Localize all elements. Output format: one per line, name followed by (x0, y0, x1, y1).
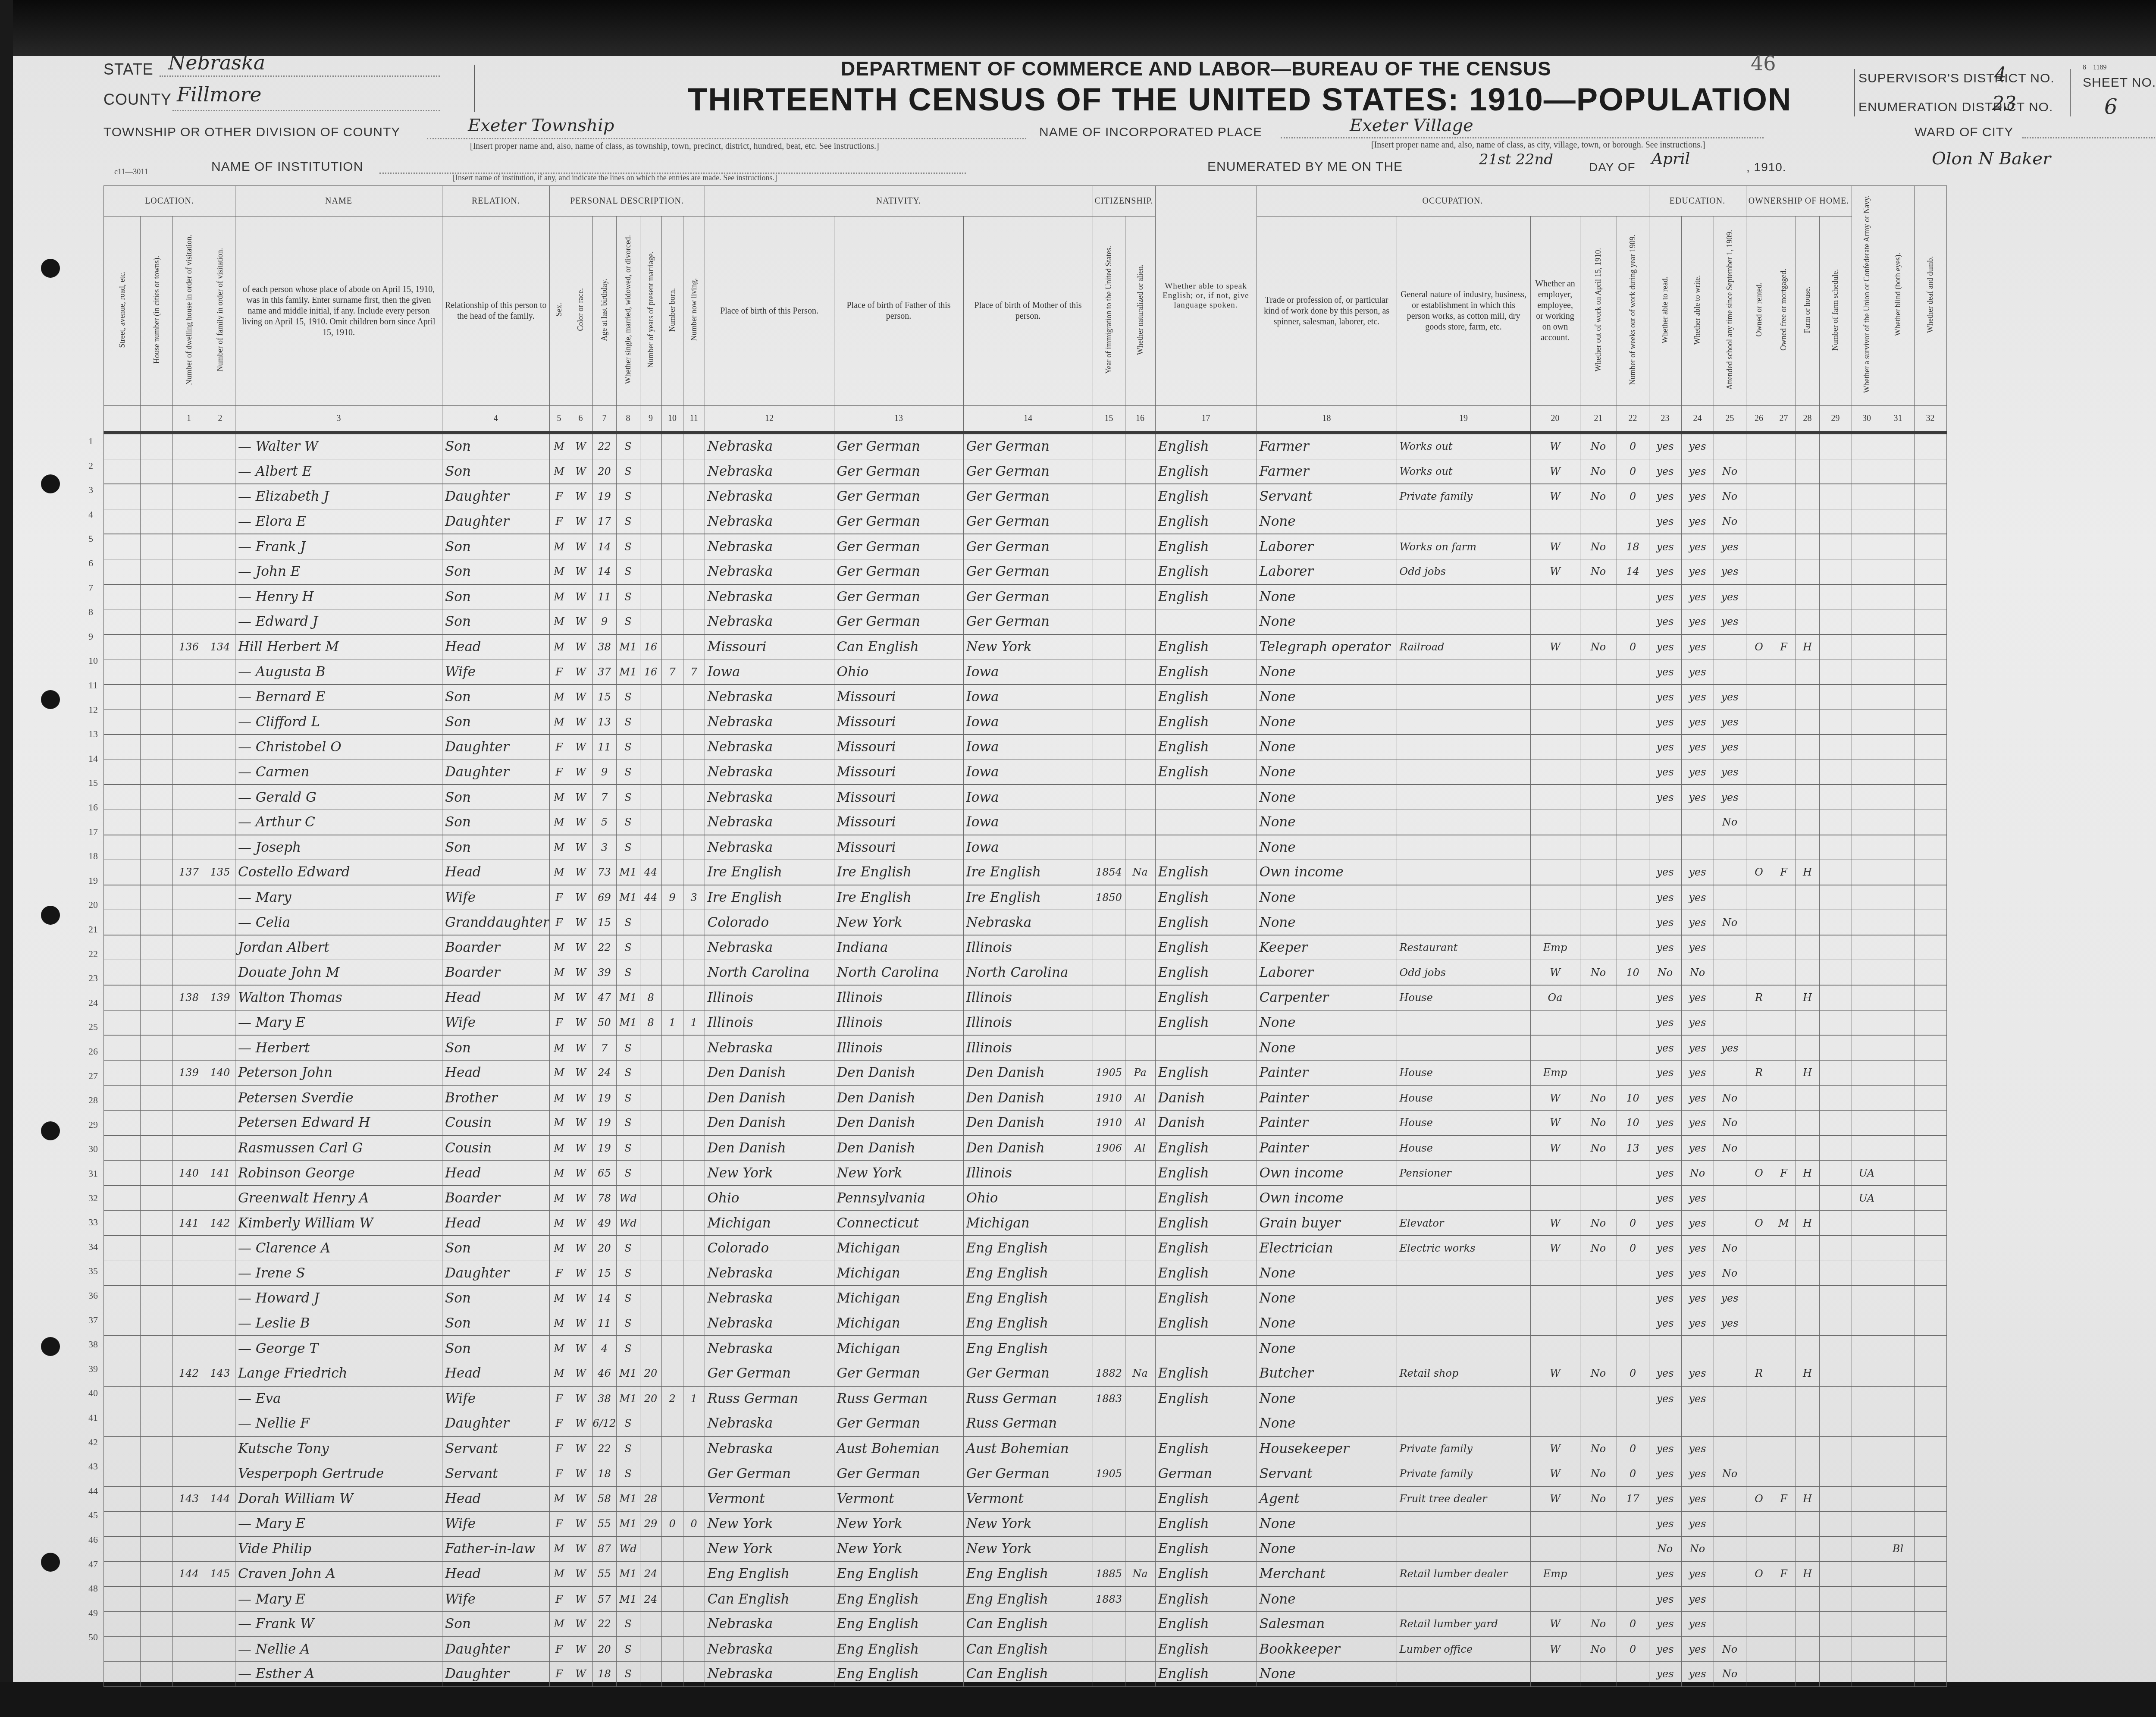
industry (1397, 659, 1530, 684)
years-married (640, 684, 661, 709)
dwelling-number (173, 810, 205, 835)
industry: Elevator (1397, 1211, 1530, 1236)
house-number-cell (141, 1662, 173, 1687)
children-living (683, 1336, 705, 1361)
weeks-out (1617, 1411, 1649, 1436)
immigration-year (1093, 810, 1125, 835)
family-number (205, 559, 235, 584)
trade: None (1257, 910, 1397, 935)
relation: Servant (442, 1461, 550, 1486)
employer-status (1530, 1286, 1580, 1311)
immigration-year (1093, 1511, 1125, 1536)
can-read: yes (1649, 459, 1681, 484)
naturalization (1125, 935, 1155, 960)
can-read: yes (1649, 584, 1681, 609)
marital-status: M1 (616, 1586, 640, 1611)
school: No (1714, 1261, 1746, 1286)
race: W (569, 810, 592, 835)
immigration-year (1093, 1311, 1125, 1336)
street-cell (104, 985, 141, 1010)
dwelling-number (173, 1010, 205, 1035)
table-row: — Bernard E Son M W 15 S Nebraska Missou… (104, 684, 1947, 709)
sex: F (549, 484, 569, 509)
can-write: yes (1681, 1511, 1714, 1536)
relation: Son (442, 810, 550, 835)
marital-status: S (616, 935, 640, 960)
birthplace-mother: Iowa (963, 760, 1093, 785)
weeks-out (1617, 1386, 1649, 1411)
language: English (1155, 1662, 1257, 1687)
age: 9 (592, 760, 616, 785)
relation: Son (442, 433, 550, 459)
farm-house: H (1796, 1161, 1819, 1186)
family-number (205, 910, 235, 935)
person-name: — Clifford L (235, 709, 442, 735)
colnum: 8 (616, 406, 640, 433)
veteran (1852, 910, 1882, 935)
can-write: No (1681, 1536, 1714, 1561)
table-row: — Gerald G Son M W 7 S Nebraska Missouri… (104, 785, 1947, 810)
blind (1882, 735, 1914, 760)
owned-rented (1746, 659, 1772, 684)
immigration-year (1093, 985, 1125, 1010)
deaf-dumb (1914, 1336, 1946, 1361)
owned-rented (1746, 459, 1772, 484)
birthplace-person: Michigan (705, 1211, 834, 1236)
relation: Daughter (442, 509, 550, 534)
veteran (1852, 1536, 1882, 1561)
col-owned-rented: Owned or rented. (1746, 217, 1772, 406)
family-number (205, 1111, 235, 1136)
street-cell (104, 1637, 141, 1662)
owned-rented (1746, 1085, 1772, 1110)
immigration-year (1093, 1286, 1125, 1311)
blind (1882, 810, 1914, 835)
years-married (640, 534, 661, 559)
out-of-work (1580, 1511, 1617, 1536)
birthplace-father: Ire English (834, 885, 963, 910)
table-row: Petersen Edward H Cousin M W 19 S Den Da… (104, 1111, 1947, 1136)
house-number-cell (141, 1611, 173, 1636)
blind (1882, 1161, 1914, 1186)
supervisor-value: 4 (1994, 64, 2006, 86)
person-name: — Nellie F (235, 1411, 442, 1436)
farm-house (1796, 509, 1819, 534)
weeks-out (1617, 935, 1649, 960)
children-born (661, 1486, 683, 1511)
can-write: yes (1681, 1111, 1714, 1136)
marital-status: S (616, 1111, 640, 1136)
children-born (661, 1637, 683, 1662)
veteran (1852, 709, 1882, 735)
person-name: Greenwalt Henry A (235, 1186, 442, 1211)
veteran (1852, 835, 1882, 860)
veteran (1852, 1662, 1882, 1687)
sex: M (549, 584, 569, 609)
relation: Wife (442, 1586, 550, 1611)
house-number-cell (141, 960, 173, 985)
immigration-year: 1910 (1093, 1111, 1125, 1136)
deaf-dumb (1914, 1186, 1946, 1211)
table-row: — Herbert Son M W 7 S Nebraska Illinois … (104, 1035, 1947, 1060)
birthplace-person: Nebraska (705, 1662, 834, 1687)
language (1155, 810, 1257, 835)
birthplace-mother: Den Danish (963, 1111, 1093, 1136)
free-mortgaged (1772, 1662, 1796, 1687)
can-read: yes (1649, 1386, 1681, 1411)
farm-house (1796, 459, 1819, 484)
table-row: — Elora E Daughter F W 17 S Nebraska Ger… (104, 509, 1947, 534)
birthplace-father: Eng English (834, 1586, 963, 1611)
street-cell (104, 1486, 141, 1511)
veteran (1852, 1336, 1882, 1361)
street-cell (104, 1010, 141, 1035)
person-name: Douate John M (235, 960, 442, 985)
age: 38 (592, 1386, 616, 1411)
weeks-out (1617, 1010, 1649, 1035)
col-house: House number (in cities or towns). (141, 217, 173, 406)
children-born (661, 559, 683, 584)
relation: Cousin (442, 1136, 550, 1161)
person-name: Vesperpoph Gertrude (235, 1461, 442, 1486)
school: No (1714, 1085, 1746, 1110)
can-write: yes (1681, 735, 1714, 760)
industry (1397, 1010, 1530, 1035)
immigration-year (1093, 1536, 1125, 1561)
employer-status (1530, 860, 1580, 885)
weeks-out: 13 (1617, 1136, 1649, 1161)
employer-status: W (1530, 559, 1580, 584)
can-write: yes (1681, 1186, 1714, 1211)
employer-status (1530, 1511, 1580, 1536)
table-row: Douate John M Boarder M W 39 S North Car… (104, 960, 1947, 985)
can-write: yes (1681, 1386, 1714, 1411)
naturalization (1125, 1461, 1155, 1486)
family-number (205, 760, 235, 785)
veteran (1852, 960, 1882, 985)
group-location: LOCATION. (104, 186, 235, 217)
person-name: — Irene S (235, 1261, 442, 1286)
table-row: Jordan Albert Boarder M W 22 S Nebraska … (104, 935, 1947, 960)
age: 38 (592, 634, 616, 659)
veteran (1852, 459, 1882, 484)
school (1714, 1386, 1746, 1411)
children-living (683, 760, 705, 785)
free-mortgaged (1772, 785, 1796, 810)
colnum: 9 (640, 406, 661, 433)
dwelling-number (173, 559, 205, 584)
line-number-left: 47 (88, 1559, 98, 1570)
owned-rented (1746, 1311, 1772, 1336)
deaf-dumb (1914, 1035, 1946, 1060)
veteran (1852, 1010, 1882, 1035)
years-married (640, 1111, 661, 1136)
farm-house: H (1796, 1060, 1819, 1085)
owned-rented (1746, 760, 1772, 785)
person-name: — John E (235, 559, 442, 584)
trade: None (1257, 609, 1397, 634)
can-read: yes (1649, 1436, 1681, 1461)
years-married (640, 1536, 661, 1561)
immigration-year (1093, 1236, 1125, 1261)
language: English (1155, 1261, 1257, 1286)
naturalization (1125, 609, 1155, 634)
family-number (205, 1236, 235, 1261)
birthplace-father: Connecticut (834, 1211, 963, 1236)
birthplace-father: Den Danish (834, 1060, 963, 1085)
naturalization (1125, 1336, 1155, 1361)
school (1714, 1211, 1746, 1236)
birthplace-person: Nebraska (705, 1336, 834, 1361)
owned-rented (1746, 1186, 1772, 1211)
school (1714, 1411, 1746, 1436)
marital-status: S (616, 785, 640, 810)
can-read: yes (1649, 860, 1681, 885)
blind (1882, 860, 1914, 885)
naturalization (1125, 1536, 1155, 1561)
out-of-work (1580, 1311, 1617, 1336)
street-cell (104, 1336, 141, 1361)
weeks-out: 0 (1617, 634, 1649, 659)
veteran (1852, 1637, 1882, 1662)
sex: M (549, 1361, 569, 1386)
children-living: 1 (683, 1010, 705, 1035)
language (1155, 609, 1257, 634)
colnum (141, 406, 173, 433)
farm-schedule (1819, 860, 1852, 885)
age: 73 (592, 860, 616, 885)
dwelling-number (173, 484, 205, 509)
race: W (569, 1536, 592, 1561)
farm-schedule (1819, 935, 1852, 960)
dwelling-number: 143 (173, 1486, 205, 1511)
deaf-dumb (1914, 1261, 1946, 1286)
family-number: 141 (205, 1161, 235, 1186)
age: 6/12 (592, 1411, 616, 1436)
street-cell (104, 1161, 141, 1186)
line-number-left: 10 (88, 655, 98, 666)
relation: Son (442, 459, 550, 484)
street-cell (104, 509, 141, 534)
out-of-work (1580, 835, 1617, 860)
years-married (640, 1136, 661, 1161)
house-number-cell (141, 1236, 173, 1261)
can-read: yes (1649, 433, 1681, 459)
children-living (683, 1136, 705, 1161)
can-read: yes (1649, 760, 1681, 785)
children-born (661, 634, 683, 659)
col-name: of each person whose place of abode on A… (235, 217, 442, 406)
dwelling-number (173, 509, 205, 534)
employer-status (1530, 684, 1580, 709)
immigration-year: 1905 (1093, 1461, 1125, 1486)
weeks-out (1617, 1186, 1649, 1211)
sex: M (549, 1486, 569, 1511)
language: English (1155, 1611, 1257, 1636)
line-number-left: 50 (88, 1632, 98, 1643)
weeks-out: 10 (1617, 960, 1649, 985)
industry: Restaurant (1397, 935, 1530, 960)
immigration-year (1093, 960, 1125, 985)
group-relation: RELATION. (442, 186, 550, 217)
birthplace-person: Nebraska (705, 709, 834, 735)
farm-schedule (1819, 634, 1852, 659)
veteran (1852, 1236, 1882, 1261)
blind (1882, 1111, 1914, 1136)
house-number-cell (141, 1361, 173, 1386)
county-value: Fillmore (177, 83, 262, 106)
line-number-left: 29 (88, 1119, 98, 1130)
farm-schedule (1819, 609, 1852, 634)
naturalization (1125, 509, 1155, 534)
farm-house: H (1796, 860, 1819, 885)
blind (1882, 1637, 1914, 1662)
house-number-cell (141, 935, 173, 960)
can-read: yes (1649, 1586, 1681, 1611)
birthplace-father: Michigan (834, 1336, 963, 1361)
colnum: 25 (1714, 406, 1746, 433)
years-married: 16 (640, 659, 661, 684)
years-married: 24 (640, 1586, 661, 1611)
veteran (1852, 1461, 1882, 1486)
marital-status: S (616, 1611, 640, 1636)
county-label: County (103, 91, 172, 109)
house-number-cell (141, 1436, 173, 1461)
house-number-cell (141, 659, 173, 684)
family-number: 140 (205, 1060, 235, 1085)
can-write: yes (1681, 1311, 1714, 1336)
birthplace-person: Den Danish (705, 1111, 834, 1136)
out-of-work (1580, 609, 1617, 634)
person-name: Petersen Sverdie (235, 1085, 442, 1110)
out-of-work (1580, 709, 1617, 735)
children-born: 7 (661, 659, 683, 684)
dwelling-number: 142 (173, 1361, 205, 1386)
farm-house (1796, 1186, 1819, 1211)
years-married (640, 1336, 661, 1361)
birthplace-person: Eng English (705, 1561, 834, 1586)
marital-status: S (616, 1161, 640, 1186)
farm-house (1796, 684, 1819, 709)
school (1714, 659, 1746, 684)
industry (1397, 1035, 1530, 1060)
weeks-out: 0 (1617, 1236, 1649, 1261)
weeks-out (1617, 1060, 1649, 1085)
years-married (640, 1286, 661, 1311)
employer-status: W (1530, 1136, 1580, 1161)
sex: M (549, 1561, 569, 1586)
immigration-year (1093, 1486, 1125, 1511)
trade: Servant (1257, 484, 1397, 509)
table-row: 138 139 Walton Thomas Head M W 47 M1 8 I… (104, 985, 1947, 1010)
birthplace-father: Den Danish (834, 1085, 963, 1110)
veteran (1852, 735, 1882, 760)
weeks-out (1617, 609, 1649, 634)
farm-house (1796, 1637, 1819, 1662)
house-number-cell (141, 1261, 173, 1286)
immigration-year (1093, 1336, 1125, 1361)
can-write: yes (1681, 1486, 1714, 1511)
birthplace-mother: Ger German (963, 484, 1093, 509)
person-name: Craven John A (235, 1561, 442, 1586)
years-married (640, 709, 661, 735)
immigration-year (1093, 1411, 1125, 1436)
years-married: 16 (640, 634, 661, 659)
naturalization: Al (1125, 1136, 1155, 1161)
sex: M (549, 1286, 569, 1311)
farm-house (1796, 1586, 1819, 1611)
free-mortgaged (1772, 1085, 1796, 1110)
owned-rented (1746, 1236, 1772, 1261)
children-living (683, 860, 705, 885)
colnum: 28 (1796, 406, 1819, 433)
person-name: — Eva (235, 1386, 442, 1411)
birthplace-father: Ire English (834, 860, 963, 885)
out-of-work: No (1580, 1611, 1617, 1636)
family-number (205, 609, 235, 634)
table-row: — Albert E Son M W 20 S Nebraska Ger Ger… (104, 459, 1947, 484)
out-of-work: No (1580, 1486, 1617, 1511)
line-number-left: 41 (88, 1412, 98, 1423)
free-mortgaged (1772, 1311, 1796, 1336)
farm-schedule (1819, 1236, 1852, 1261)
relation: Son (442, 609, 550, 634)
free-mortgaged (1772, 910, 1796, 935)
col-relation: Relationship of this person to the head … (442, 217, 550, 406)
blind (1882, 785, 1914, 810)
age: 7 (592, 785, 616, 810)
industry: Pensioner (1397, 1161, 1530, 1186)
trade: None (1257, 659, 1397, 684)
owned-rented (1746, 960, 1772, 985)
language: English (1155, 1436, 1257, 1461)
dwelling-number (173, 960, 205, 985)
out-of-work (1580, 810, 1617, 835)
school (1714, 1611, 1746, 1636)
line-number-left: 8 (88, 606, 93, 618)
school (1714, 1186, 1746, 1211)
children-living (683, 1261, 705, 1286)
weeks-out (1617, 985, 1649, 1010)
sex: F (549, 1386, 569, 1411)
dwelling-number (173, 1261, 205, 1286)
trade: None (1257, 1386, 1397, 1411)
table-row: — Mary E Wife F W 57 M1 24 Can English E… (104, 1586, 1947, 1611)
industry: Works out (1397, 433, 1530, 459)
relation: Granddaughter (442, 910, 550, 935)
language: Danish (1155, 1085, 1257, 1110)
children-born (661, 735, 683, 760)
veteran (1852, 1286, 1882, 1311)
birthplace-mother: Iowa (963, 810, 1093, 835)
children-born (661, 584, 683, 609)
marital-status: S (616, 1461, 640, 1486)
free-mortgaged (1772, 433, 1796, 459)
owned-rented (1746, 1511, 1772, 1536)
blind (1882, 659, 1914, 684)
township-label: Township or other division of county (103, 125, 400, 140)
marital-status: Wd (616, 1211, 640, 1236)
naturalization (1125, 1236, 1155, 1261)
binder-hole-icon (41, 474, 60, 493)
farm-house: H (1796, 985, 1819, 1010)
dwelling-number: 137 (173, 860, 205, 885)
language: English (1155, 433, 1257, 459)
street-cell (104, 1662, 141, 1687)
immigration-year (1093, 1186, 1125, 1211)
deaf-dumb (1914, 1236, 1946, 1261)
naturalization (1125, 985, 1155, 1010)
